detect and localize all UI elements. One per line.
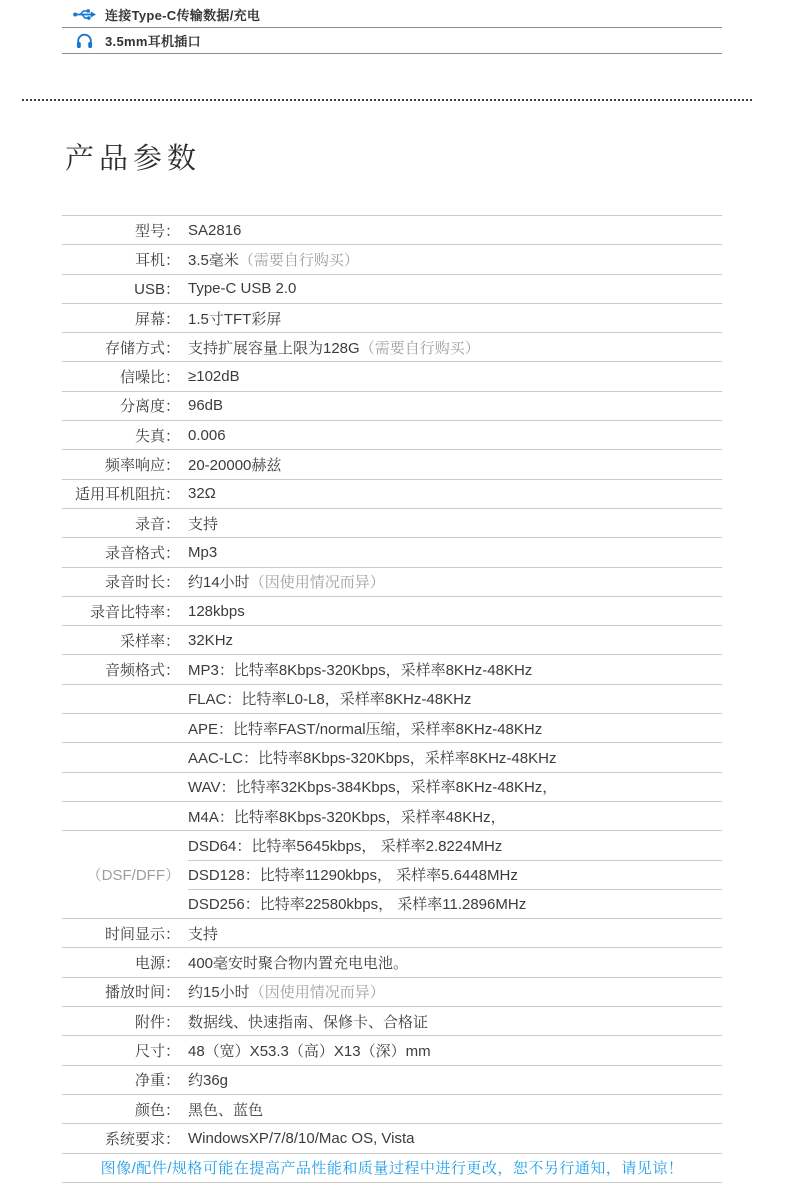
section-title: 产品参数 bbox=[65, 137, 790, 181]
footer-notice-text: 图像/配件/规格可能在提高产品性能和质量过程中进行更改，恕不另行通知，请见谅！ bbox=[101, 1157, 684, 1178]
spec-row: 尺寸：48（宽）X53.3（高）X13（深）mm bbox=[62, 1036, 722, 1064]
spec-label: 采样率： bbox=[62, 630, 180, 651]
spec-value-segment: 约36g bbox=[188, 1072, 228, 1089]
spec-row: 电源：400毫安时聚合物内置充电电池。 bbox=[62, 948, 722, 976]
spec-row: 录音时长：约14小时（因使用情况而异） bbox=[62, 568, 722, 596]
spec-row: 分离度：96dB bbox=[62, 392, 722, 420]
footer-bottom-line bbox=[62, 1182, 722, 1183]
spec-value: FLAC：比特率L0-L8，采样率8KHz-48KHz bbox=[188, 688, 471, 709]
spec-row: 录音格式：Mp3 bbox=[62, 538, 722, 566]
spec-label: 录音时长： bbox=[62, 571, 180, 592]
spec-label: 信噪比： bbox=[62, 366, 180, 387]
spec-value: 1.5寸TFT彩屏 bbox=[188, 308, 281, 329]
spec-row: 适用耳机阻抗：32Ω bbox=[62, 480, 722, 508]
spec-value-segment: 128kbps bbox=[188, 603, 245, 620]
spec-value: 400毫安时聚合物内置充电电池。 bbox=[188, 952, 408, 973]
spec-row: 存储方式：支持扩展容量上限为128G（需要自行购买） bbox=[62, 333, 722, 361]
usb-icon bbox=[72, 8, 96, 21]
spec-value-segment: 约15小时 bbox=[188, 984, 250, 1001]
spec-value-segment: 32KHz bbox=[188, 632, 233, 649]
spec-value: Type-C USB 2.0 bbox=[188, 280, 296, 297]
top-feature-bar: 连接Type-C传输数据/充电 3.5mm耳机插口 bbox=[62, 0, 722, 54]
spec-row: WAV：比特率32Kbps-384Kbps，采样率8KHz-48KHz， bbox=[62, 773, 722, 801]
spec-value: DSD64：比特率5645kbps， 采样率2.8224MHz bbox=[188, 835, 502, 856]
spec-row: 频率响应：20-20000赫兹 bbox=[62, 450, 722, 478]
spec-label: 系统要求： bbox=[62, 1128, 180, 1149]
spec-value-segment: M4A：比特率8Kbps-320Kbps，采样率48KHz， bbox=[188, 809, 506, 826]
spec-label: 型号： bbox=[62, 220, 180, 241]
spec-value-segment: DSD256：比特率22580kbps， 采样率11.2896MHz bbox=[188, 896, 526, 913]
spec-row: 附件：数据线、快速指南、保修卡、合格证 bbox=[62, 1007, 722, 1035]
spec-value: 20-20000赫兹 bbox=[188, 454, 281, 475]
spec-row: FLAC：比特率L0-L8，采样率8KHz-48KHz bbox=[62, 685, 722, 713]
spec-value-segment: 96dB bbox=[188, 397, 223, 414]
spec-value-segment: 约14小时 bbox=[188, 574, 250, 591]
feature-label: 连接Type-C传输数据/充电 bbox=[105, 5, 260, 24]
spec-value-segment: 黑色、蓝色 bbox=[188, 1102, 263, 1119]
footer-notice-row: 图像/配件/规格可能在提高产品性能和质量过程中进行更改，恕不另行通知，请见谅！ bbox=[62, 1154, 722, 1182]
spec-value: APE：比特率FAST/normal压缩，采样率8KHz-48KHz bbox=[188, 718, 542, 739]
spec-value-segment: （因使用情况而异） bbox=[250, 984, 385, 1001]
spec-value-segment: 支持 bbox=[188, 516, 218, 533]
spec-value-segment: Type-C USB 2.0 bbox=[188, 280, 296, 297]
spec-label: 存储方式： bbox=[62, 337, 180, 358]
spec-value-segment: 支持 bbox=[188, 926, 218, 943]
spec-label: 音频格式： bbox=[62, 659, 180, 680]
spec-label: 尺寸： bbox=[62, 1040, 180, 1061]
spec-value-segment: 400毫安时聚合物内置充电电池。 bbox=[188, 955, 408, 972]
spec-label: 颜色： bbox=[62, 1099, 180, 1120]
spec-value: ≥102dB bbox=[188, 368, 240, 385]
spec-value: 128kbps bbox=[188, 603, 245, 620]
spec-label: 分离度： bbox=[62, 395, 180, 416]
spec-row: （DSF/DFF）DSD128：比特率11290kbps， 采样率5.6448M… bbox=[62, 861, 722, 889]
spec-row: 耳机：3.5毫米（需要自行购买） bbox=[62, 245, 722, 273]
spec-value: DSD256：比特率22580kbps， 采样率11.2896MHz bbox=[188, 893, 526, 914]
spec-row: 颜色：黑色、蓝色 bbox=[62, 1095, 722, 1123]
spec-label: 录音格式： bbox=[62, 542, 180, 563]
spec-value-segment: APE：比特率FAST/normal压缩，采样率8KHz-48KHz bbox=[188, 721, 542, 738]
spec-value-segment: WindowsXP/7/8/10/Mac OS, Vista bbox=[188, 1130, 415, 1147]
spec-value-segment: 1.5寸TFT彩屏 bbox=[188, 311, 281, 328]
spec-value: 0.006 bbox=[188, 427, 226, 444]
spec-value: 约36g bbox=[188, 1069, 228, 1090]
spec-row: 录音：支持 bbox=[62, 509, 722, 537]
spec-value: WAV：比特率32Kbps-384Kbps，采样率8KHz-48KHz， bbox=[188, 776, 557, 797]
spec-value-segment: 支持扩展容量上限为128G bbox=[188, 340, 360, 357]
spec-row: 信噪比：≥102dB bbox=[62, 362, 722, 390]
spec-value: 约14小时（因使用情况而异） bbox=[188, 571, 385, 592]
feature-label: 3.5mm耳机插口 bbox=[105, 31, 201, 50]
spec-value: DSD128：比特率11290kbps， 采样率5.6448MHz bbox=[188, 864, 518, 885]
spec-label: 时间显示： bbox=[62, 923, 180, 944]
spec-label: 净重： bbox=[62, 1069, 180, 1090]
feature-row-usb: 连接Type-C传输数据/充电 bbox=[62, 2, 722, 28]
spec-label: 适用耳机阻抗： bbox=[62, 483, 180, 504]
spec-value-segment: FLAC：比特率L0-L8，采样率8KHz-48KHz bbox=[188, 691, 471, 708]
spec-value-segment: 32Ω bbox=[188, 485, 216, 502]
spec-label: 附件： bbox=[62, 1011, 180, 1032]
spec-row: DSD256：比特率22580kbps， 采样率11.2896MHz bbox=[62, 890, 722, 918]
spec-label: （DSF/DFF） bbox=[62, 864, 180, 885]
spec-value: MP3：比特率8Kbps-320Kbps，采样率8KHz-48KHz bbox=[188, 659, 532, 680]
spec-value: Mp3 bbox=[188, 544, 217, 561]
spec-value-segment: DSD128：比特率11290kbps， 采样率5.6448MHz bbox=[188, 867, 518, 884]
spec-label: 播放时间： bbox=[62, 981, 180, 1002]
spec-value: 96dB bbox=[188, 397, 223, 414]
spec-label: 录音： bbox=[62, 513, 180, 534]
spec-label: 频率响应： bbox=[62, 454, 180, 475]
spec-value-segment: （需要自行购买） bbox=[239, 252, 359, 269]
spec-value-segment: 数据线、快速指南、保修卡、合格证 bbox=[188, 1014, 428, 1031]
spec-value-segment: 48（宽）X53.3（高）X13（深）mm bbox=[188, 1043, 431, 1060]
spec-value: 3.5毫米（需要自行购买） bbox=[188, 249, 359, 270]
spec-value: 32KHz bbox=[188, 632, 233, 649]
spec-value: 支持 bbox=[188, 513, 218, 534]
spec-row: 时间显示：支持 bbox=[62, 919, 722, 947]
spec-value-segment: WAV：比特率32Kbps-384Kbps，采样率8KHz-48KHz， bbox=[188, 779, 557, 796]
spec-row: 屏幕：1.5寸TFT彩屏 bbox=[62, 304, 722, 332]
spec-row: 失真：0.006 bbox=[62, 421, 722, 449]
spec-value-segment: AAC-LC：比特率8Kbps-320Kbps，采样率8KHz-48KHz bbox=[188, 750, 556, 767]
spec-row: 音频格式：MP3：比特率8Kbps-320Kbps，采样率8KHz-48KHz bbox=[62, 655, 722, 683]
spec-value-segment: （需要自行购买） bbox=[360, 340, 480, 357]
spec-value-segment: 3.5毫米 bbox=[188, 252, 239, 269]
spec-value-segment: SA2816 bbox=[188, 222, 241, 239]
spec-label: 屏幕： bbox=[62, 308, 180, 329]
spec-value: 支持 bbox=[188, 923, 218, 944]
spec-row: 采样率：32KHz bbox=[62, 626, 722, 654]
spec-value: 数据线、快速指南、保修卡、合格证 bbox=[188, 1011, 428, 1032]
spec-label: 录音比特率： bbox=[62, 601, 180, 622]
spec-value: WindowsXP/7/8/10/Mac OS, Vista bbox=[188, 1130, 415, 1147]
spec-value: AAC-LC：比特率8Kbps-320Kbps，采样率8KHz-48KHz bbox=[188, 747, 556, 768]
spec-value-segment: 0.006 bbox=[188, 427, 226, 444]
dotted-separator bbox=[22, 99, 752, 101]
spec-value: M4A：比特率8Kbps-320Kbps，采样率48KHz， bbox=[188, 806, 506, 827]
spec-value: SA2816 bbox=[188, 222, 241, 239]
spec-value-segment: MP3：比特率8Kbps-320Kbps，采样率8KHz-48KHz bbox=[188, 662, 532, 679]
spec-value: 约15小时（因使用情况而异） bbox=[188, 981, 385, 1002]
spec-label: USB： bbox=[62, 278, 180, 299]
spec-value-segment: DSD64：比特率5645kbps， 采样率2.8224MHz bbox=[188, 838, 502, 855]
spec-row: 净重：约36g bbox=[62, 1066, 722, 1094]
spec-row: 型号：SA2816 bbox=[62, 216, 722, 244]
spec-row: APE：比特率FAST/normal压缩，采样率8KHz-48KHz bbox=[62, 714, 722, 742]
spec-value: 32Ω bbox=[188, 485, 216, 502]
spec-row: DSD64：比特率5645kbps， 采样率2.8224MHz bbox=[62, 831, 722, 859]
spec-row: 录音比特率：128kbps bbox=[62, 597, 722, 625]
spec-value-segment: （因使用情况而异） bbox=[250, 574, 385, 591]
spec-value: 黑色、蓝色 bbox=[188, 1099, 263, 1120]
headphone-icon bbox=[72, 33, 96, 49]
spec-row: 播放时间：约15小时（因使用情况而异） bbox=[62, 978, 722, 1006]
spec-row: USB：Type-C USB 2.0 bbox=[62, 275, 722, 303]
spec-label: 耳机： bbox=[62, 249, 180, 270]
spec-value-segment: 20-20000赫兹 bbox=[188, 457, 281, 474]
spec-value-segment: Mp3 bbox=[188, 544, 217, 561]
spec-value-segment: ≥102dB bbox=[188, 368, 240, 385]
spec-label: 失真： bbox=[62, 425, 180, 446]
spec-value: 支持扩展容量上限为128G（需要自行购买） bbox=[188, 337, 480, 358]
spec-label: 电源： bbox=[62, 952, 180, 973]
spec-row: AAC-LC：比特率8Kbps-320Kbps，采样率8KHz-48KHz bbox=[62, 743, 722, 771]
feature-row-headphone: 3.5mm耳机插口 bbox=[62, 28, 722, 54]
spec-row: M4A：比特率8Kbps-320Kbps，采样率48KHz， bbox=[62, 802, 722, 830]
spec-value: 48（宽）X53.3（高）X13（深）mm bbox=[188, 1040, 431, 1061]
spec-table: 型号：SA2816耳机：3.5毫米（需要自行购买）USB：Type-C USB … bbox=[62, 215, 722, 1154]
spec-row: 系统要求：WindowsXP/7/8/10/Mac OS, Vista bbox=[62, 1124, 722, 1152]
